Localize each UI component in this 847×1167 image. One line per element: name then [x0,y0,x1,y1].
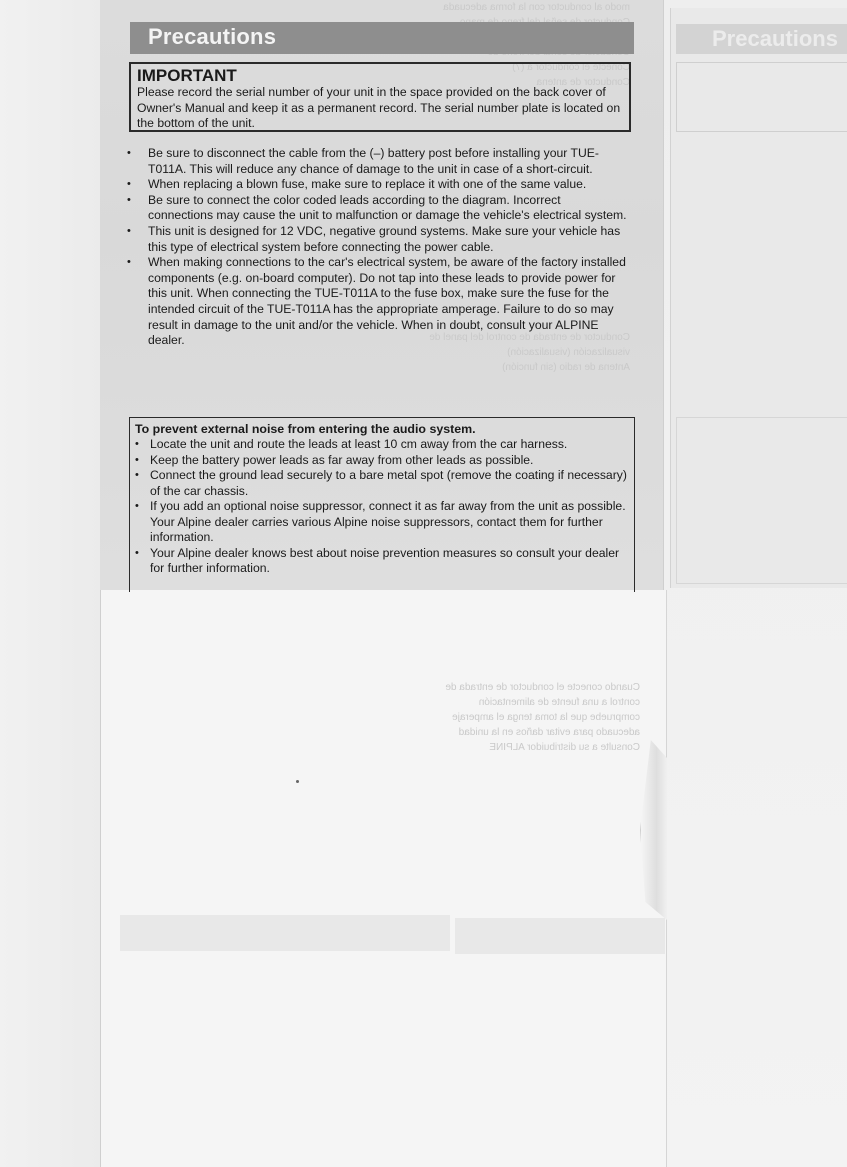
noise-item: Connect the ground lead securely to a ba… [135,468,629,499]
precaution-item: When making connections to the car's ele… [127,255,627,349]
scan-speck [296,780,299,783]
precaution-item: When replacing a blown fuse, make sure t… [127,177,627,193]
noise-list: Locate the unit and route the leads at l… [135,437,629,577]
noise-item: If you add an optional noise suppressor,… [135,499,629,546]
page-title: Precautions [148,24,276,50]
precautions-list: Be sure to disconnect the cable from the… [127,146,627,349]
ghost-header-band-left [120,915,450,951]
ghost-header-band-right [455,918,665,954]
important-heading: IMPORTANT [137,66,623,85]
scan-left-margin [0,0,100,1167]
noise-item: Locate the unit and route the leads at l… [135,437,629,453]
noise-item: Keep the battery power leads as far away… [135,453,629,469]
noise-heading: To prevent external noise from entering … [135,421,629,437]
section-header: Precautions [130,22,634,54]
precaution-item: Be sure to connect the color coded leads… [127,193,627,224]
noise-prevention-box: To prevent external noise from entering … [129,417,635,592]
ghost-right-header: Precautions [676,24,847,54]
ghost-right-title: Precautions [712,26,838,52]
bleed-through-text-bottom: Cuando conecte el conductor de entrada d… [120,680,640,880]
ghost-right-noise-box [676,417,847,584]
important-text: Please record the serial number of your … [137,85,623,132]
important-notice-box: IMPORTANT Please record the serial numbe… [129,62,631,132]
noise-item: Your Alpine dealer knows best about nois… [135,546,629,577]
ghost-right-important-box [676,62,847,132]
precaution-item: Be sure to disconnect the cable from the… [127,146,627,177]
precaution-item: This unit is designed for 12 VDC, negati… [127,224,627,255]
